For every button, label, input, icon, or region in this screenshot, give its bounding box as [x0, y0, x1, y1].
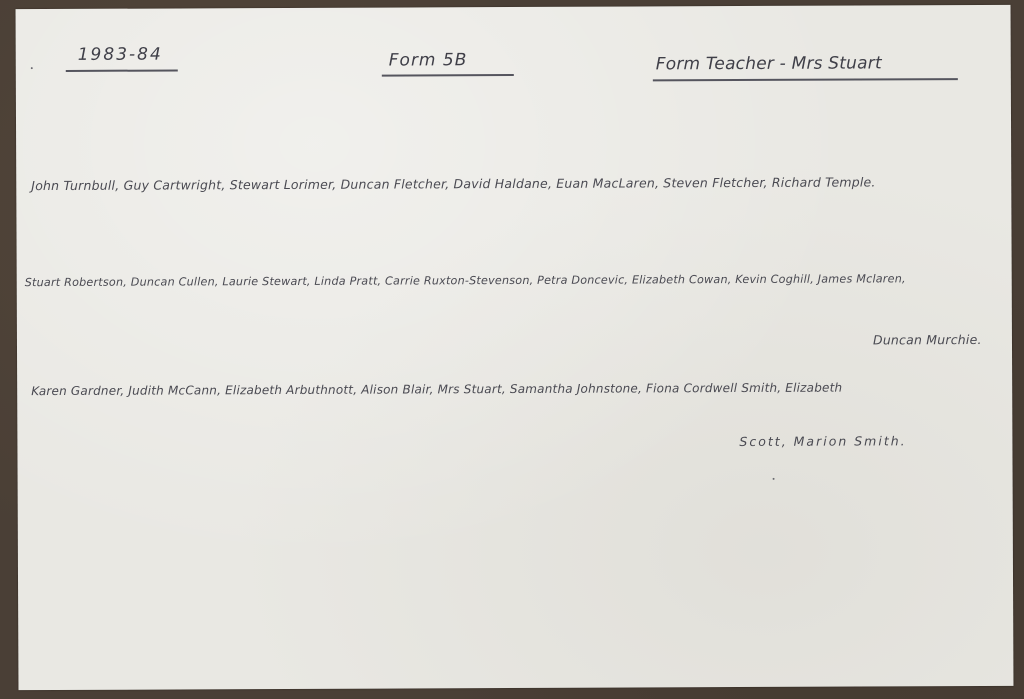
- names-line-4: Karen Gardner, Judith McCann, Elizabeth …: [31, 381, 842, 399]
- ink-speck: [773, 478, 775, 480]
- form-heading: Form 5B: [389, 50, 468, 70]
- form-teacher-heading: Form Teacher - Mrs Stuart: [656, 53, 882, 74]
- names-line-1: John Turnbull, Guy Cartwright, Stewart L…: [31, 174, 875, 193]
- form-teacher-underline: [653, 78, 958, 81]
- names-line-3: Duncan Murchie.: [873, 332, 982, 347]
- year-underline: [66, 69, 178, 71]
- names-line-5: Scott, Marion Smith.: [739, 433, 906, 449]
- form-underline: [382, 74, 514, 76]
- paper-sheet: 1983-84 Form 5B Form Teacher - Mrs Stuar…: [16, 5, 1014, 690]
- names-line-2: Stuart Robertson, Duncan Cullen, Laurie …: [25, 272, 906, 289]
- ink-speck: [31, 67, 33, 69]
- year-heading: 1983-84: [78, 45, 163, 65]
